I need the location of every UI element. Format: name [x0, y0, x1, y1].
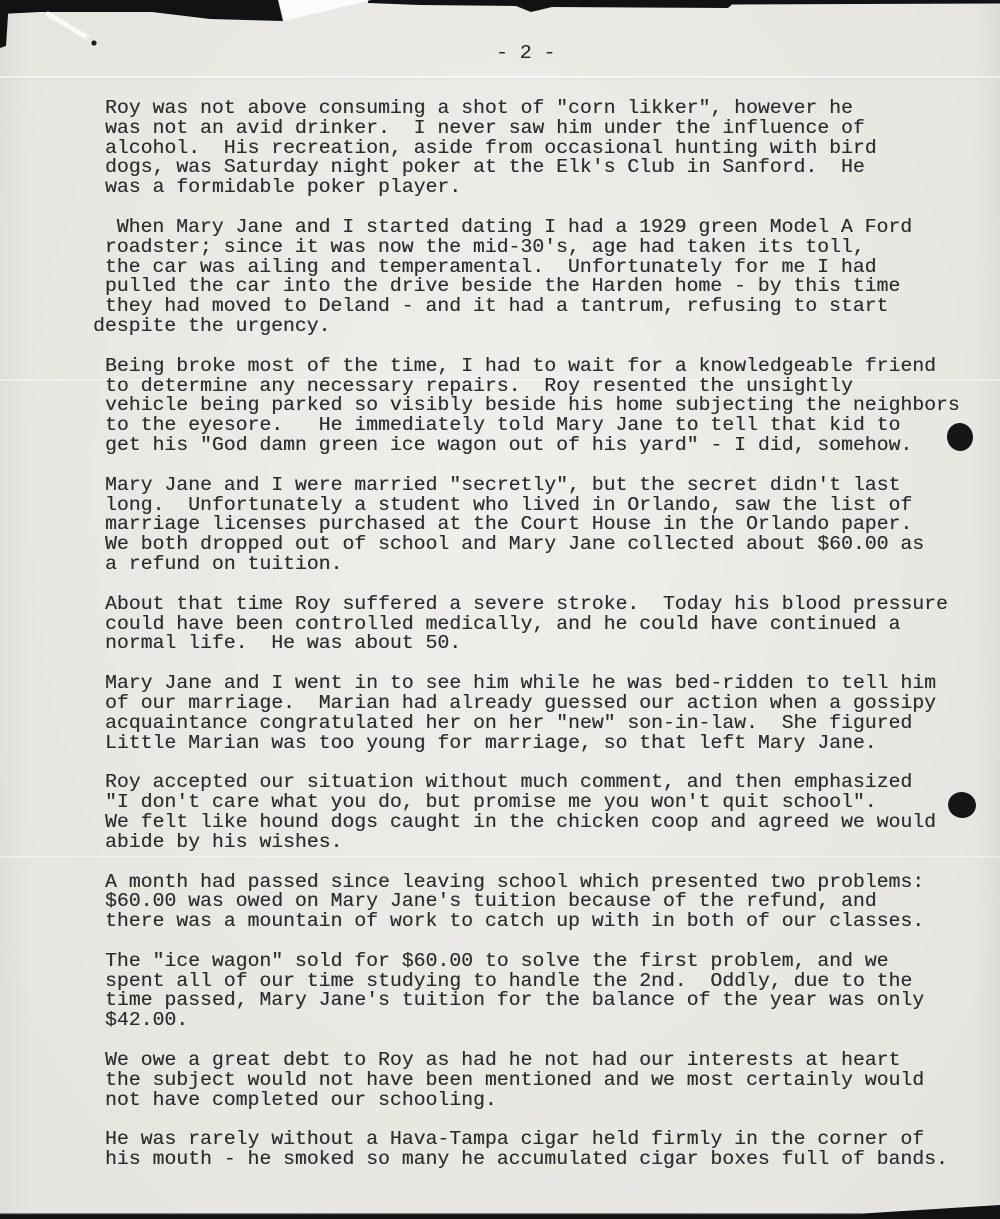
- paragraph: We owe a great debt to Roy as had he not…: [105, 1051, 1000, 1110]
- paragraph: Being broke most of the time, I had to w…: [105, 357, 1000, 456]
- paragraph: Mary Jane and I were married "secretly",…: [105, 476, 1000, 575]
- paragraph: About that time Roy suffered a severe st…: [105, 595, 1000, 654]
- paragraph: Roy accepted our situation without much …: [105, 773, 1000, 852]
- paragraph: The "ice wagon" sold for $60.00 to solve…: [105, 952, 1000, 1031]
- paragraph: A month had passed since leaving school …: [105, 873, 1000, 932]
- typewritten-text: Roy was not above consuming a shot of "c…: [105, 99, 1000, 1190]
- paragraph: Mary Jane and I went in to see him while…: [105, 674, 1000, 753]
- paragraph: When Mary Jane and I started dating I ha…: [93, 218, 1000, 337]
- paragraph: He was rarely without a Hava-Tampa cigar…: [105, 1130, 1000, 1170]
- paragraph: Roy was not above consuming a shot of "c…: [105, 99, 1000, 198]
- page-number: - 2 -: [496, 44, 555, 64]
- paper-crease: [0, 76, 1000, 78]
